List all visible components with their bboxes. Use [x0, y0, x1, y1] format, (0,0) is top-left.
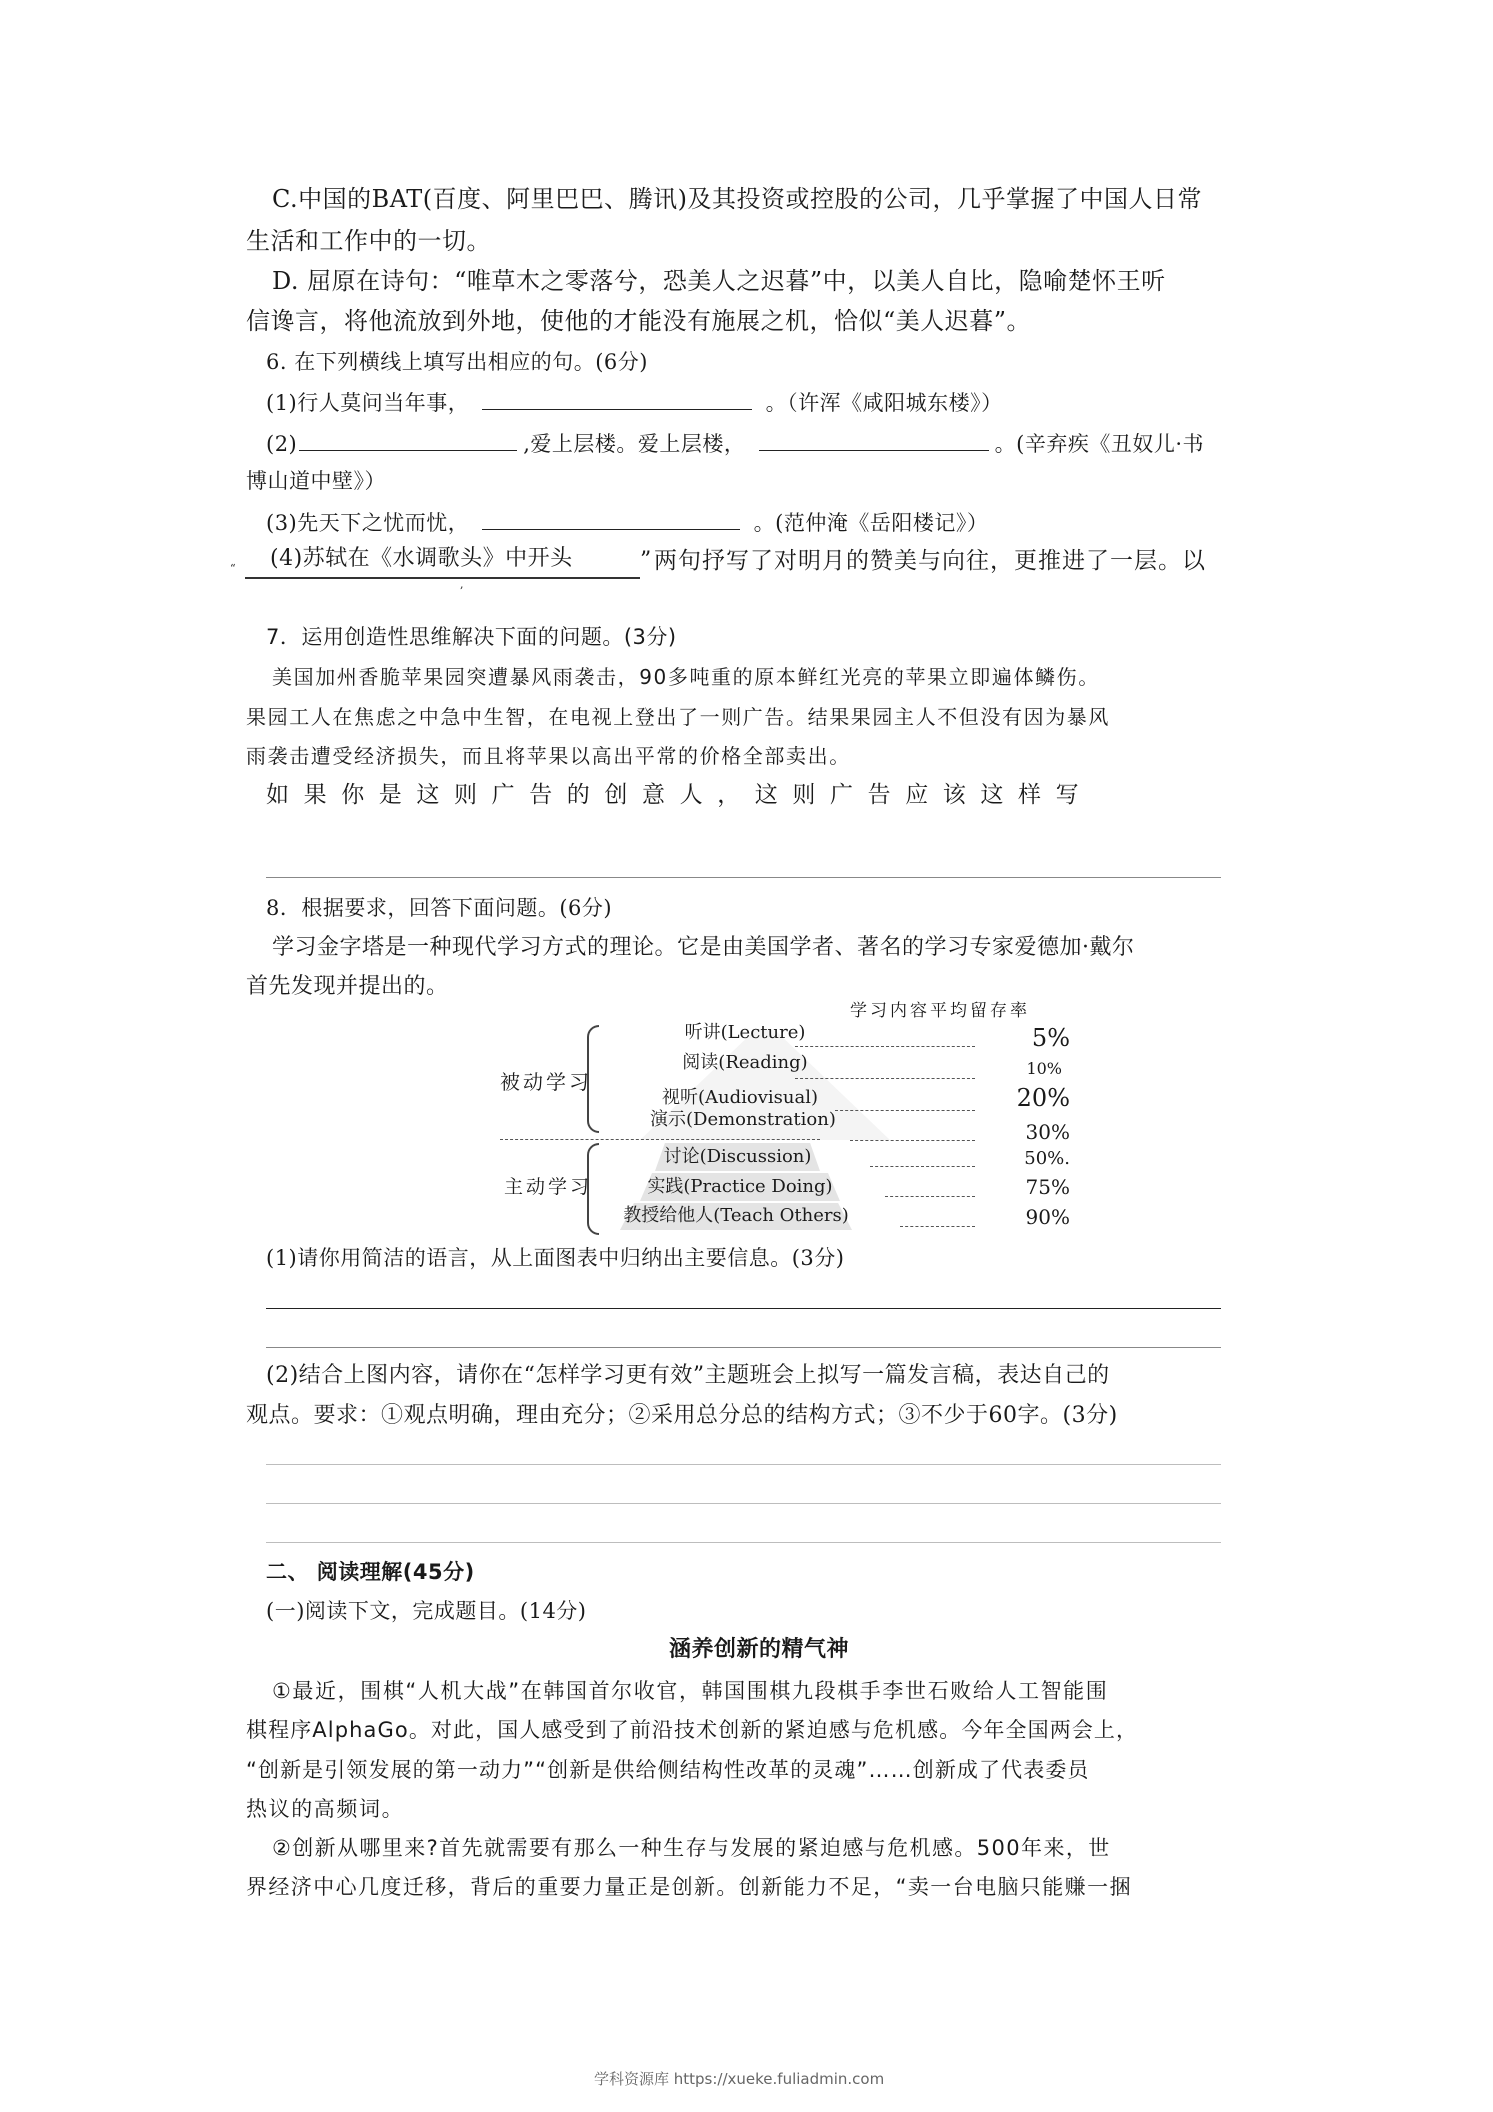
- q8-para-line2: 首先发现并提出的。: [246, 972, 449, 1002]
- option-d-line1: D. 屈原在诗句：“唯草木之零落兮，恐美人之迟暮”中，以美人自比，隐喻楚怀王听: [272, 266, 1166, 296]
- pyramid-level-reading: 阅读(Reading): [670, 1052, 820, 1074]
- q7-prompt: 如果你是这则广告的创意人，这则广告应该这样写: [266, 780, 1093, 810]
- article-para2-line1: ②创新从哪里来?首先就需要有那么一种生存与发展的紧迫感与危机感。500年来，世: [272, 1833, 1111, 1863]
- article-para1-line3: “创新是引领发展的第一动力”“创新是供给侧结构性改革的灵魂”……创新成了代表委员: [246, 1755, 1090, 1785]
- dash-discussion: [870, 1166, 975, 1167]
- pyramid-level-demonstration: 演示(Demonstration): [650, 1109, 830, 1131]
- q8-sub2-line2: 观点。要求：①观点明确，理由充分；②采用总分总的结构方式；③不少于60字。(3分…: [246, 1401, 1118, 1431]
- active-learning-label: 主动学习: [504, 1176, 592, 1198]
- q6-item2-prefix: (2): [266, 432, 297, 456]
- section2-heading: 二、 阅读理解(45分): [266, 1557, 475, 1587]
- pyramid-level-practice: 实践(Practice Doing): [640, 1176, 840, 1198]
- pyramid-level-teach: 教授给他人(Teach Others): [620, 1205, 852, 1227]
- q6-item3-prefix: (3)先天下之忧而忧，: [266, 511, 469, 535]
- q6-item3: (3)先天下之忧而忧， 。(范仲淹《岳阳楼记》）: [266, 507, 988, 538]
- dash-teach: [900, 1226, 975, 1227]
- pyramid-header: 学习内容平均留存率: [850, 1000, 1030, 1022]
- option-c-line1: C.中国的BAT(百度、阿里巴巴、腾讯)及其投资或控股的公司，几乎掌握了中国人日…: [272, 184, 1202, 214]
- rate-lecture: 5%: [1032, 1027, 1070, 1049]
- article-para1-line1: ①最近，围棋“人机大战”在韩国首尔收官，韩国围棋九段棋手李世石败给人工智能围: [272, 1676, 1108, 1706]
- q6-item2-suffix: 。(辛弃疾《丑奴儿·书: [995, 432, 1204, 456]
- q8-sub2-answer-line3[interactable]: [266, 1542, 1221, 1543]
- dash-reading: [795, 1078, 975, 1079]
- learning-pyramid-diagram: 学习内容平均留存率 被动学习 主动学习 听讲(Lecture) 阅读(Readi…: [490, 1000, 1070, 1240]
- section2-subheading: (一)阅读下文，完成题目。(14分): [266, 1596, 587, 1626]
- dash-lecture: [795, 1046, 975, 1047]
- q6-item1-prefix: (1)行人莫问当年事，: [266, 391, 469, 415]
- rate-teach: 90%: [1026, 1206, 1070, 1228]
- q7-title: 7．运用创造性思维解决下面的问题。(3分): [266, 622, 677, 652]
- q6-item1: (1)行人莫问当年事， 。（许浑《咸阳城东楼》）: [266, 387, 1003, 418]
- q6-item3-blank[interactable]: [482, 507, 740, 530]
- q8-sub1-answer-line1[interactable]: [266, 1308, 1221, 1309]
- article-para1-line2: 棋程序AlphaGo。对此，国人感受到了前沿技术创新的紧迫感与危机感。今年全国两…: [246, 1715, 1138, 1745]
- q6-item3-suffix: 。(范仲淹《岳阳楼记》）: [754, 511, 989, 535]
- q7-answer-line[interactable]: [266, 877, 1221, 878]
- rate-discussion: 50%.: [1024, 1148, 1070, 1170]
- q8-sub2-answer-line1[interactable]: [266, 1464, 1221, 1465]
- q6-item4-comma: ,: [460, 578, 464, 591]
- dash-demonstration: [850, 1140, 975, 1141]
- option-c-line2: 生活和工作中的一切。: [246, 226, 491, 256]
- passive-active-divider: [500, 1139, 820, 1140]
- q7-para-line2: 果园工人在焦虑之中急中生智，在电视上登出了一则广告。结果果园主人不但没有因为暴风: [246, 702, 1110, 732]
- rate-demonstration: 30%: [1026, 1121, 1070, 1143]
- q8-sub1-answer-line2[interactable]: [266, 1347, 1221, 1348]
- q8-sub1: (1)请你用简洁的语言，从上面图表中归纳出主要信息。(3分): [266, 1243, 845, 1273]
- q6-item4-open-quote: “: [230, 562, 236, 575]
- q6-item4-blank[interactable]: [245, 577, 640, 579]
- pyramid-level-audiovisual: 视听(Audiovisual): [655, 1087, 825, 1109]
- q6-item2-mid: ,爱上层楼。爱上层楼，: [523, 432, 745, 456]
- q6-item4-garbled-text: 两句抒写了对明月的赞美与向往，更推进了一层。以: [654, 546, 1206, 576]
- q6-item2-blank2[interactable]: [759, 428, 989, 451]
- rate-reading: 10%: [1026, 1058, 1062, 1080]
- q6-item1-suffix: 。（许浑《咸阳城东楼》）: [766, 391, 1003, 415]
- pyramid-level-discussion: 讨论(Discussion): [655, 1146, 820, 1168]
- q6-item1-blank[interactable]: [482, 387, 752, 410]
- pyramid-level-lecture: 听讲(Lecture): [670, 1022, 820, 1044]
- article-para1-line4: 热议的高频词。: [246, 1794, 404, 1824]
- q8-sub2-answer-line2[interactable]: [266, 1503, 1221, 1504]
- dash-audiovisual: [835, 1110, 975, 1111]
- article-title: 涵养创新的精气神: [669, 1635, 849, 1665]
- q7-para-line1: 美国加州香脆苹果园突遭暴风雨袭击，90多吨重的原本鲜红光亮的苹果立即遍体鳞伤。: [272, 662, 1100, 692]
- rate-audiovisual: 20%: [1017, 1087, 1070, 1109]
- q6-title: 6. 在下列横线上填写出相应的句。(6分): [266, 347, 648, 377]
- q8-para-line1: 学习金字塔是一种现代学习方式的理论。它是由美国学者、著名的学习专家爱德加·戴尔: [272, 933, 1135, 963]
- q8-sub2-line1: (2)结合上图内容，请你在“怎样学习更有效”主题班会上拟写一篇发言稿，表达自己的: [266, 1361, 1110, 1391]
- q6-item2: (2),爱上层楼。爱上层楼， 。(辛弃疾《丑奴儿·书: [266, 428, 1204, 459]
- footer-watermark: 学科资源库 https://xueke.fuliadmin.com: [594, 2068, 884, 2089]
- q6-item4-close-quote: ”: [640, 546, 652, 576]
- option-d-line2: 信谗言，将他流放到外地，使他的才能没有施展之机，恰似“美人迟暮”。: [246, 306, 1031, 336]
- q7-para-line3: 雨袭击遭受经济损失，而且将苹果以高出平常的价格全部卖出。: [246, 741, 851, 771]
- article-para2-line2: 界经济中心几度迁移，背后的重要力量正是创新。创新能力不足，“卖一台电脑只能赚一捆: [246, 1872, 1132, 1902]
- q6-item4-prefix: (4)苏轼在《水调歌头》中开头: [270, 544, 573, 574]
- dash-practice: [885, 1196, 975, 1197]
- passive-learning-label: 被动学习: [500, 1071, 592, 1093]
- q6-item2-cont: 博山道中壁》）: [246, 466, 386, 496]
- q6-item2-blank1[interactable]: [299, 428, 517, 451]
- rate-practice: 75%: [1026, 1176, 1070, 1198]
- q8-title: 8．根据要求，回答下面问题。(6分): [266, 893, 612, 923]
